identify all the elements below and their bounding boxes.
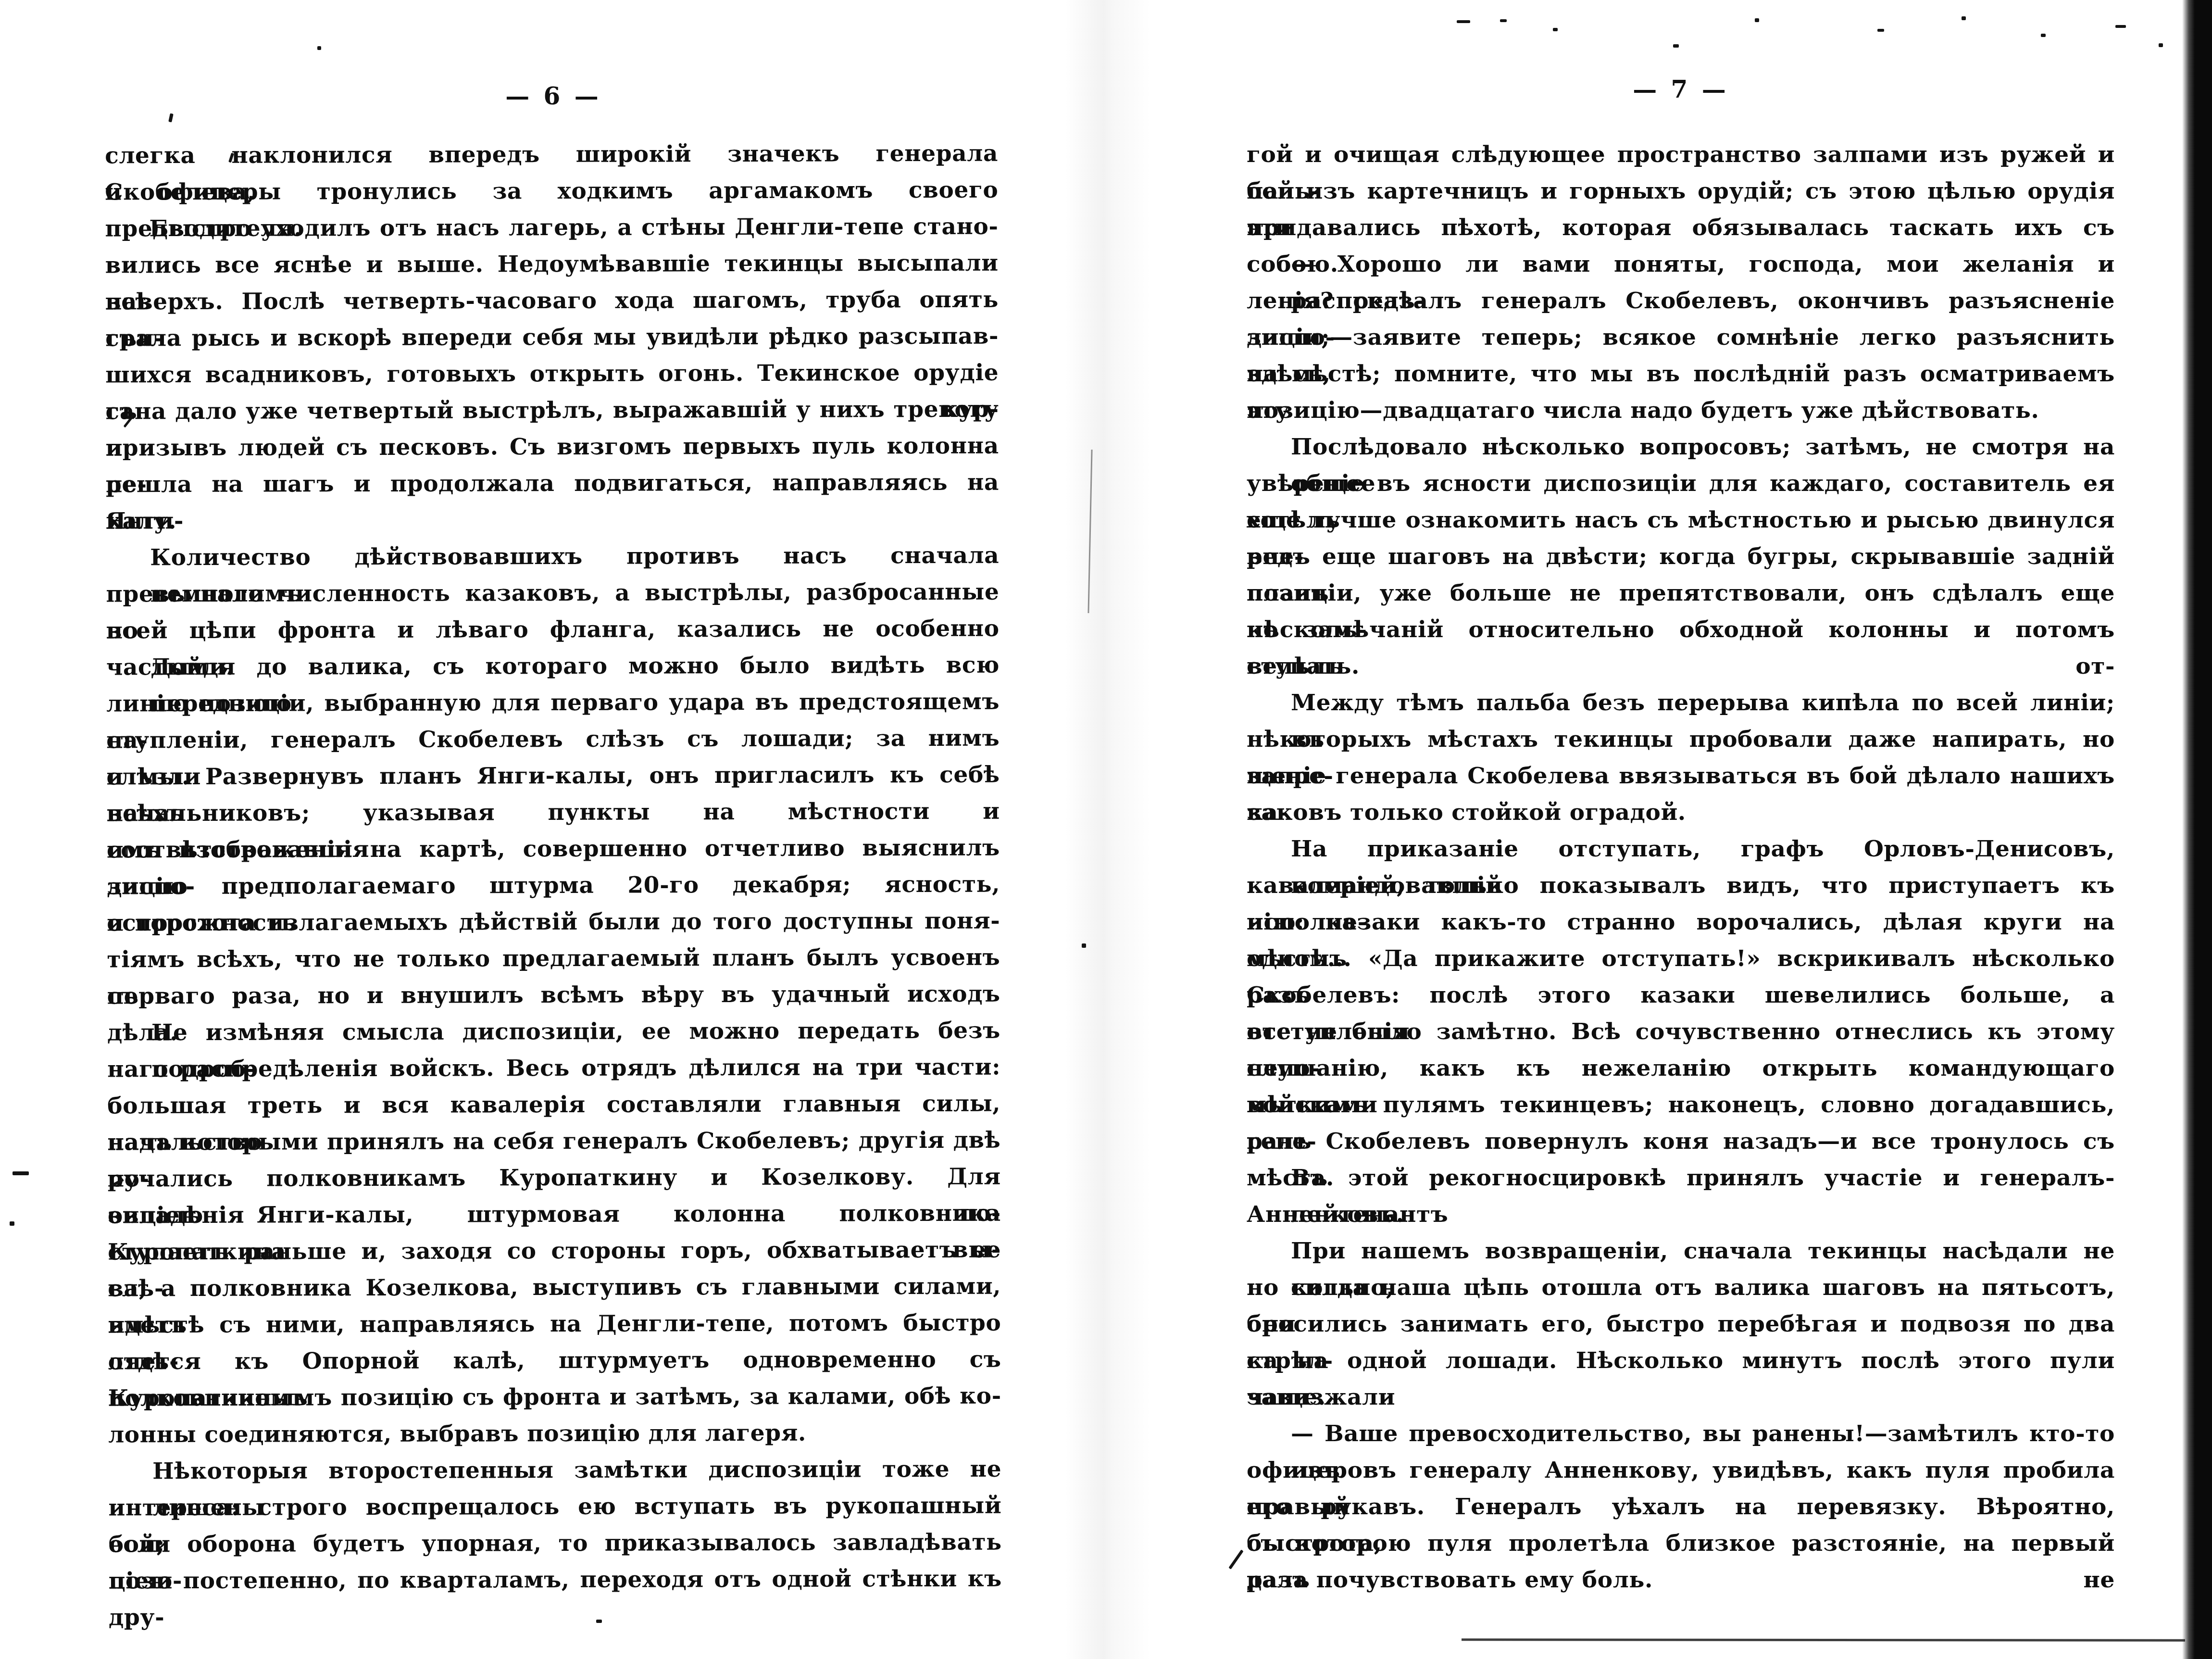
ink-speck	[2159, 43, 2163, 47]
ink-speck	[596, 1620, 602, 1623]
page-gutter-shadow	[1065, 0, 1151, 1659]
text-line: его рукавъ. Генералъ уѣхалъ на перевязку…	[1247, 1489, 2115, 1525]
text-line: гой и очищая слѣдующее пространство залп…	[1247, 137, 2115, 173]
text-line: мѣткимъ пулямъ текинцевъ; наконецъ, слов…	[1247, 1087, 2115, 1123]
text-line: грала рысь и вскорѣ впереди себя мы увид…	[105, 318, 999, 357]
ink-speck	[1962, 16, 1966, 20]
next-page-edge-line	[1462, 1638, 2185, 1641]
text-line: ступленіи, генералъ Скобелевъ слѣзъ съ л…	[106, 720, 1000, 759]
left-page-number: — 6 —	[107, 82, 1000, 110]
text-line: всей цѣпи фронта и лѣваго фланга, казали…	[106, 611, 1000, 650]
ink-speck	[1082, 943, 1086, 948]
text-line: Между тѣмъ пальба безъ перерыва кипѣла п…	[1247, 685, 2115, 721]
text-line: тіямъ всѣхъ, что не только предлагаемый …	[107, 940, 1000, 979]
text-line: На приказаніе отступать, графъ Орловъ-Де…	[1247, 831, 2115, 867]
text-line: мѣстѣ... «Да прикажите отступать!» вскри…	[1247, 941, 2115, 977]
text-line: все не было замѣтно. Всѣ сочувственно от…	[1247, 1014, 2115, 1050]
text-line: Куропаткинымъ позицію съ фронта и затѣмъ…	[108, 1378, 1001, 1417]
text-line: — Хорошо ли вами поняты, господа, мои же…	[1247, 246, 2115, 283]
ink-speck	[1500, 19, 1507, 22]
ink-speck	[2041, 34, 2046, 37]
text-line: ралъ Скобелевъ повернулъ коня назадъ—и в…	[1247, 1123, 2115, 1160]
text-line: ва, а полковника Козелкова, выступивъ съ…	[108, 1269, 1001, 1307]
ink-speck	[1553, 28, 1558, 31]
text-line: перваго раза, но и внушилъ всѣмъ вѣру въ…	[107, 976, 1000, 1015]
text-line: Въ этой рекогносцировкѣ принялъ участіе …	[1247, 1160, 2115, 1196]
ink-speck	[1673, 44, 1679, 48]
text-line: Не измѣняя смысла диспозиціи, ее можно п…	[107, 1013, 1000, 1052]
text-line: надъ которыми принялъ на себя генералъ С…	[107, 1122, 1000, 1161]
ink-speck	[168, 113, 174, 122]
text-line: и простота излагаемыхъ дѣйствій были до …	[107, 903, 1000, 942]
text-line: превышало численность казаковъ, а выстрѣ…	[106, 574, 999, 613]
text-line: зиціи;—заявите теперь; всякое сомнѣніе л…	[1247, 319, 2115, 356]
scan-edge-shadow	[2182, 0, 2212, 1659]
text-line: но когда наша цѣпь отошла отъ валика шаг…	[1247, 1269, 2115, 1306]
text-line: Количество дѣйствовавшихъ противъ насъ с…	[106, 538, 999, 577]
text-line: Послѣдовало нѣсколько вопросовъ; затѣмъ,…	[1247, 429, 2115, 465]
text-line: если оборона будетъ упорная, то приказыв…	[109, 1524, 1002, 1563]
text-line: слегка наклонился впередъ широкій значек…	[105, 136, 998, 175]
text-line: ляется къ Опорной калѣ, штурмуетъ одновр…	[108, 1342, 1001, 1381]
text-line: бой изъ картечницъ и горныхъ орудій; съ …	[1247, 173, 2115, 210]
text-line: позицію—двадцатаго числа надо будетъ уже…	[1247, 392, 2115, 429]
text-line: Нѣкоторыя второстепенныя замѣтки диспози…	[108, 1451, 1001, 1490]
ink-speck	[1228, 1549, 1243, 1569]
text-line: увѣреніе въ ясности диспозиціи для кажда…	[1247, 465, 2115, 502]
text-line: позиціи, уже больше не препятствовали, о…	[1247, 575, 2115, 612]
book-scan-spread: — 6 — — 7 — слегка наклонился впередъ ши…	[0, 0, 2212, 1659]
text-line: редъ еще шаговъ на двѣсти; когда бугры, …	[1247, 539, 2115, 575]
text-line: и мы. Развернувъ планъ Янги-калы, онъ пр…	[106, 757, 1000, 796]
text-line: офицеровъ генералу Анненкову, увидѣвъ, к…	[1247, 1452, 2115, 1489]
text-line: калу.	[106, 501, 999, 540]
text-line: — Ваше превосходительство, вы ранены!—за…	[1247, 1416, 2115, 1452]
text-line: При нашемъ возвращеніи, сначала текинцы …	[1247, 1233, 2115, 1269]
text-line: слушанію, какъ къ нежеланію открыть кома…	[1247, 1050, 2115, 1087]
text-line: ка на одной лошади. Нѣсколько минутъ пос…	[1247, 1343, 2115, 1379]
ink-speck	[1457, 20, 1470, 23]
ink-speck	[12, 1171, 29, 1175]
text-line: лонны соединяются, выбравъ позицію для л…	[108, 1415, 1001, 1454]
text-line: ступаетъ раньше и, заходя со стороны гор…	[108, 1232, 1001, 1271]
ink-speck	[10, 1221, 14, 1226]
right-page-text: гой и очищая слѣдующее пространство залп…	[1247, 137, 2115, 1598]
text-line: ленія? сказалъ генералъ Скобелевъ, оконч…	[1247, 283, 2115, 319]
ink-speck	[317, 46, 321, 50]
text-line: гана дало уже четвертый выстрѣлъ, выража…	[105, 391, 999, 430]
text-line: придавались пѣхотѣ, которая обязывалась …	[1247, 210, 2115, 246]
ink-speck	[1877, 29, 1884, 32]
text-line: заковъ только стойкой оградой.	[1247, 794, 2115, 831]
text-line: вились все яснѣе и выше. Недоумѣвавшіе т…	[105, 245, 999, 284]
text-line: наверхъ. Послѣ четверть-часоваго хода ша…	[105, 282, 999, 321]
text-line: ручались полковникамъ Куропаткину и Козе…	[108, 1159, 1001, 1198]
text-line: Анненковъ.	[1247, 1196, 2115, 1233]
right-page-number: — 7 —	[1247, 75, 2115, 103]
text-line: линію позиціи, выбранную для перваго уда…	[106, 684, 1000, 723]
text-line: на мѣстѣ; помните, что мы въ послѣдній р…	[1247, 356, 2115, 392]
text-line: съ которою пуля пролетѣла близкое разсто…	[1247, 1525, 2115, 1562]
text-line: зиціею Янги-калы, штурмовая колонна полк…	[108, 1195, 1001, 1234]
text-line: наго распредѣленія войскъ. Весь отрядъ д…	[107, 1049, 1000, 1088]
text-line: нію: казаки какъ-то странно ворочались, …	[1247, 904, 2115, 941]
text-line: нѣкоторыхъ мѣстахъ текинцы пробовали даж…	[1247, 721, 2115, 758]
ink-speck	[2115, 25, 2126, 28]
text-line: Быстро уходилъ отъ насъ лагерь, а стѣны …	[105, 209, 998, 248]
text-line: ко замѣчаній относительно обходной колон…	[1247, 612, 2115, 648]
text-line: еще лучше ознакомить насъ съ мѣстностью …	[1247, 502, 2115, 539]
text-line: большая треть и вся кавалерія составляли…	[107, 1086, 1000, 1125]
text-line: призывъ людей съ песковъ. Съ визгомъ пер…	[106, 428, 999, 467]
text-line: решла на шагъ и продолжала подвигаться, …	[106, 465, 999, 503]
text-line: начальниковъ; указывая пункты на мѣстнос…	[107, 793, 1000, 832]
text-line: вмѣстѣ съ ними, направляясь на Денгли-те…	[108, 1305, 1001, 1344]
text-line: бросились занимать его, быстро перебѣгая…	[1247, 1306, 2115, 1343]
text-line: ціею постепенно, по кварталамъ, переходя…	[109, 1561, 1002, 1600]
text-line: и офицеры тронулись за ходкимъ аргамаком…	[105, 172, 998, 211]
text-line: зицію предполагаемаго штурма 20-го декаб…	[107, 867, 1000, 905]
left-page-text: слегка наклонился впередъ широкій значек…	[105, 136, 1002, 1600]
text-line: щеніе генерала Скобелева ввязываться въ …	[1247, 758, 2115, 794]
text-line: шихся всадниковъ, готовыхъ открыть огонь…	[105, 355, 999, 394]
text-line: Дойдя до валика, съ котораго можно было …	[106, 647, 1000, 686]
text-line: кавалеріей, только показывалъ видъ, что …	[1247, 867, 2115, 904]
text-line: Скобелевъ: послѣ этого казаки шевелились…	[1247, 977, 2115, 1014]
text-line: имъ изображенія на картѣ, совершенно отч…	[107, 830, 1000, 869]
text-line: интереса: строго воспрещалось ею вступат…	[108, 1488, 1001, 1527]
ink-speck	[1755, 18, 1759, 22]
